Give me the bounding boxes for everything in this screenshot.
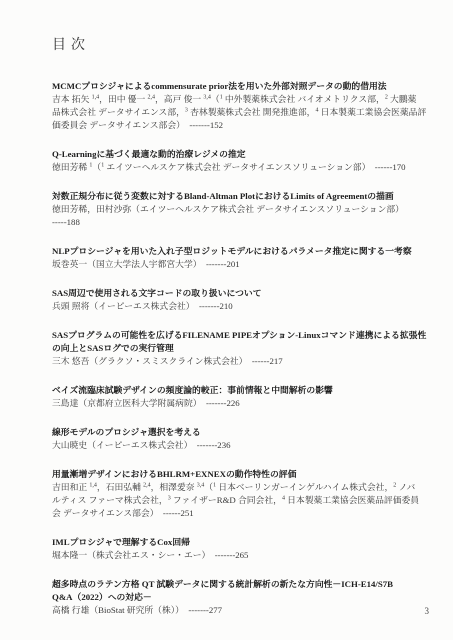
author-text: 大山暁史（イーピーエス株式会社） -------236	[52, 440, 231, 450]
author-text: ファイザーR&D 合同会社，	[171, 495, 282, 505]
author-affiliation-superscript: 2,4	[143, 483, 151, 489]
toc-entry: 用量漸増デザインにおけるBHLRM+EXNEXの動作特性の評価吉田和正 1,4，…	[52, 468, 425, 520]
author-text: ルティス ファーマ株式会社，	[52, 495, 168, 505]
author-text: ，田中 優一	[99, 94, 147, 104]
entry-authors-line: 徳田芳稀 1（1 エイツーヘルスケア株式会社 データサイエンスソリューション部）…	[52, 161, 425, 174]
author-text: ノバ	[396, 482, 415, 492]
author-text: ，相澤愛奈	[151, 482, 197, 492]
entry-authors-line: 三島達（京都府立医科大学附属病院） -------226	[52, 397, 425, 410]
toc-entry: Q-Learningに基づく最適な動的治療レジメの推定徳田芳稀 1（1 エイツー…	[52, 148, 425, 174]
author-affiliation-superscript: 1,4	[92, 95, 100, 101]
author-text: 日本製薬工業協会医薬品評価委員	[285, 495, 419, 505]
author-text: 吉本 拓矢	[52, 94, 92, 104]
page-number: 3	[425, 606, 430, 616]
author-text: 吉田和正	[52, 482, 89, 492]
toc-entry: MCMCプロシジャによるcommensurate prior法を用いた外部対照デ…	[52, 80, 425, 132]
author-text: -----188	[52, 217, 80, 227]
entry-title-line: SASプログラムの可能性を広げるFILENAME PIPEオプション-Linux…	[52, 329, 425, 342]
toc-entry: SAS周辺で使用される文字コードの取り扱いについて兵頭 照将（イーピーエス株式会…	[52, 287, 425, 313]
entry-authors-line: 高橋 行雄（BioStat 研究所（株）） -------277	[52, 604, 425, 617]
entry-authors-line: 兵頭 照将（イーピーエス株式会社） -------210	[52, 300, 425, 313]
author-affiliation-superscript: 2,4	[147, 95, 155, 101]
author-text: 会 データサイエンス部会） ------251	[52, 508, 194, 518]
entry-title-line: SAS周辺で使用される文字コードの取り扱いについて	[52, 287, 425, 300]
author-text: 日本ベーリンガーインゲルハイム株式会社，	[216, 482, 393, 492]
toc-entries: MCMCプロシジャによるcommensurate prior法を用いた外部対照デ…	[52, 80, 425, 617]
entry-authors-line: 坂巻英一（国立大学法人宇都宮大学） -------201	[52, 258, 425, 271]
author-text: （	[204, 482, 213, 492]
entry-title-line: 線形モデルのプロシジャ選択を考える	[52, 426, 425, 439]
author-text: 日本製薬工業協会医薬品評	[318, 107, 426, 117]
author-affiliation-superscript: 3,4	[203, 95, 211, 101]
author-text: 中外製薬株式会社 バイオメトリクス部，	[223, 94, 385, 104]
author-text: 兵頭 照将（イーピーエス株式会社） -------210	[52, 301, 233, 311]
entry-authors-line: 価委員会 データサイエンス部会） -------152	[52, 119, 425, 132]
entry-title-line: 用量漸増デザインにおけるBHLRM+EXNEXの動作特性の評価	[52, 468, 425, 481]
author-text: 価委員会 データサイエンス部会） -------152	[52, 120, 223, 130]
entry-title-line: 対数正規分布に従う変数に対するBland-Altman PlotにおけるLimi…	[52, 190, 425, 203]
toc-entry: NLPプロシージャを用いた入れ子型ロジットモデルにおけるパラメータ推定に関する一…	[52, 245, 425, 271]
toc-entry: IMLプロシジャで理解するCox回帰堀本隆一（株式会社エス・シー・エー） ---…	[52, 536, 425, 562]
author-text: ，高戸 俊一	[155, 94, 203, 104]
entry-authors-line: 会 データサイエンス部会） ------251	[52, 507, 425, 520]
entry-title-line: ベイズ流臨床試験デザインの頻度論的較正：事前情報と中間解析の影響	[52, 384, 425, 397]
toc-entry: 線形モデルのプロシジャ選択を考える大山暁史（イーピーエス株式会社） ------…	[52, 426, 425, 452]
author-affiliation-superscript: 1,4	[89, 483, 97, 489]
author-text: 杏林製薬株式会社 開発推進部，	[188, 107, 316, 117]
entry-title-line: Q-Learningに基づく最適な動的治療レジメの推定	[52, 148, 425, 161]
entry-authors-line: 堀本隆一（株式会社エス・シー・エー） -------265	[52, 549, 425, 562]
entry-title-line: の向上とSASログでの実行管理	[52, 342, 425, 355]
author-text: 高橋 行雄（BioStat 研究所（株）） -------277	[52, 605, 222, 615]
toc-entry: SASプログラムの可能性を広げるFILENAME PIPEオプション-Linux…	[52, 329, 425, 368]
author-text: 品株式会社 データサイエンス部，	[52, 107, 185, 117]
author-text: 三島達（京都府立医科大学附属病院） -------226	[52, 398, 240, 408]
entry-authors-line: 三木 悠吾（グラクソ・スミスクライン株式会社） ------217	[52, 355, 425, 368]
entry-authors-line: 吉本 拓矢 1,4，田中 優一 2,4，高戸 俊一 3,4（1 中外製薬株式会社…	[52, 93, 425, 106]
author-text: （	[211, 94, 220, 104]
entry-authors-line: 吉田和正 1,4，石田弘輔 2,4，相澤愛奈 3,4（1 日本ベーリンガーインゲ…	[52, 481, 425, 494]
entry-title-line: IMLプロシジャで理解するCox回帰	[52, 536, 425, 549]
toc-entry: ベイズ流臨床試験デザインの頻度論的較正：事前情報と中間解析の影響三島達（京都府立…	[52, 384, 425, 410]
author-text: 坂巻英一（国立大学法人宇都宮大学） -------201	[52, 259, 240, 269]
toc-entry: 超多時点のラテン方格 QT 試験データに関する統計解析の新たな方向性－ICH-E…	[52, 578, 425, 617]
entry-authors-line: 徳田芳稀，田村沙弥（エイツーヘルスケア株式会社 データサイエンスソリューション部…	[52, 203, 425, 216]
entry-title-line: NLPプロシージャを用いた入れ子型ロジットモデルにおけるパラメータ推定に関する一…	[52, 245, 425, 258]
author-text: （	[92, 162, 101, 172]
author-text: 三木 悠吾（グラクソ・スミスクライン株式会社） ------217	[52, 356, 283, 366]
author-text: 徳田芳稀，田村沙弥（エイツーヘルスケア株式会社 データサイエンスソリューション部…	[52, 204, 404, 214]
entry-title-line: MCMCプロシジャによるcommensurate prior法を用いた外部対照デ…	[52, 80, 425, 93]
entry-authors-line: 品株式会社 データサイエンス部，3 杏林製薬株式会社 開発推進部，4 日本製薬工…	[52, 106, 425, 119]
author-text: ，石田弘輔	[97, 482, 143, 492]
page-title: 目次	[0, 0, 453, 54]
author-text: エイツーヘルスケア株式会社 データサイエンスソリューション部） ------17…	[104, 162, 405, 172]
author-text: 大鵬薬	[388, 94, 417, 104]
entry-title-line: 超多時点のラテン方格 QT 試験データに関する統計解析の新たな方向性－ICH-E…	[52, 578, 425, 591]
toc-page: 目次 MCMCプロシジャによるcommensurate prior法を用いた外部…	[0, 0, 453, 640]
entry-authors-line: 大山暁史（イーピーエス株式会社） -------236	[52, 439, 425, 452]
entry-authors-line: ルティス ファーマ株式会社，3 ファイザーR&D 合同会社，4 日本製薬工業協会…	[52, 494, 425, 507]
entry-authors-line: -----188	[52, 216, 425, 229]
author-text: 堀本隆一（株式会社エス・シー・エー） -------265	[52, 550, 248, 560]
author-text: 徳田芳稀	[52, 162, 89, 172]
entry-title-line: Q&A（2022）への対応－	[52, 591, 425, 604]
toc-entry: 対数正規分布に従う変数に対するBland-Altman PlotにおけるLimi…	[52, 190, 425, 229]
